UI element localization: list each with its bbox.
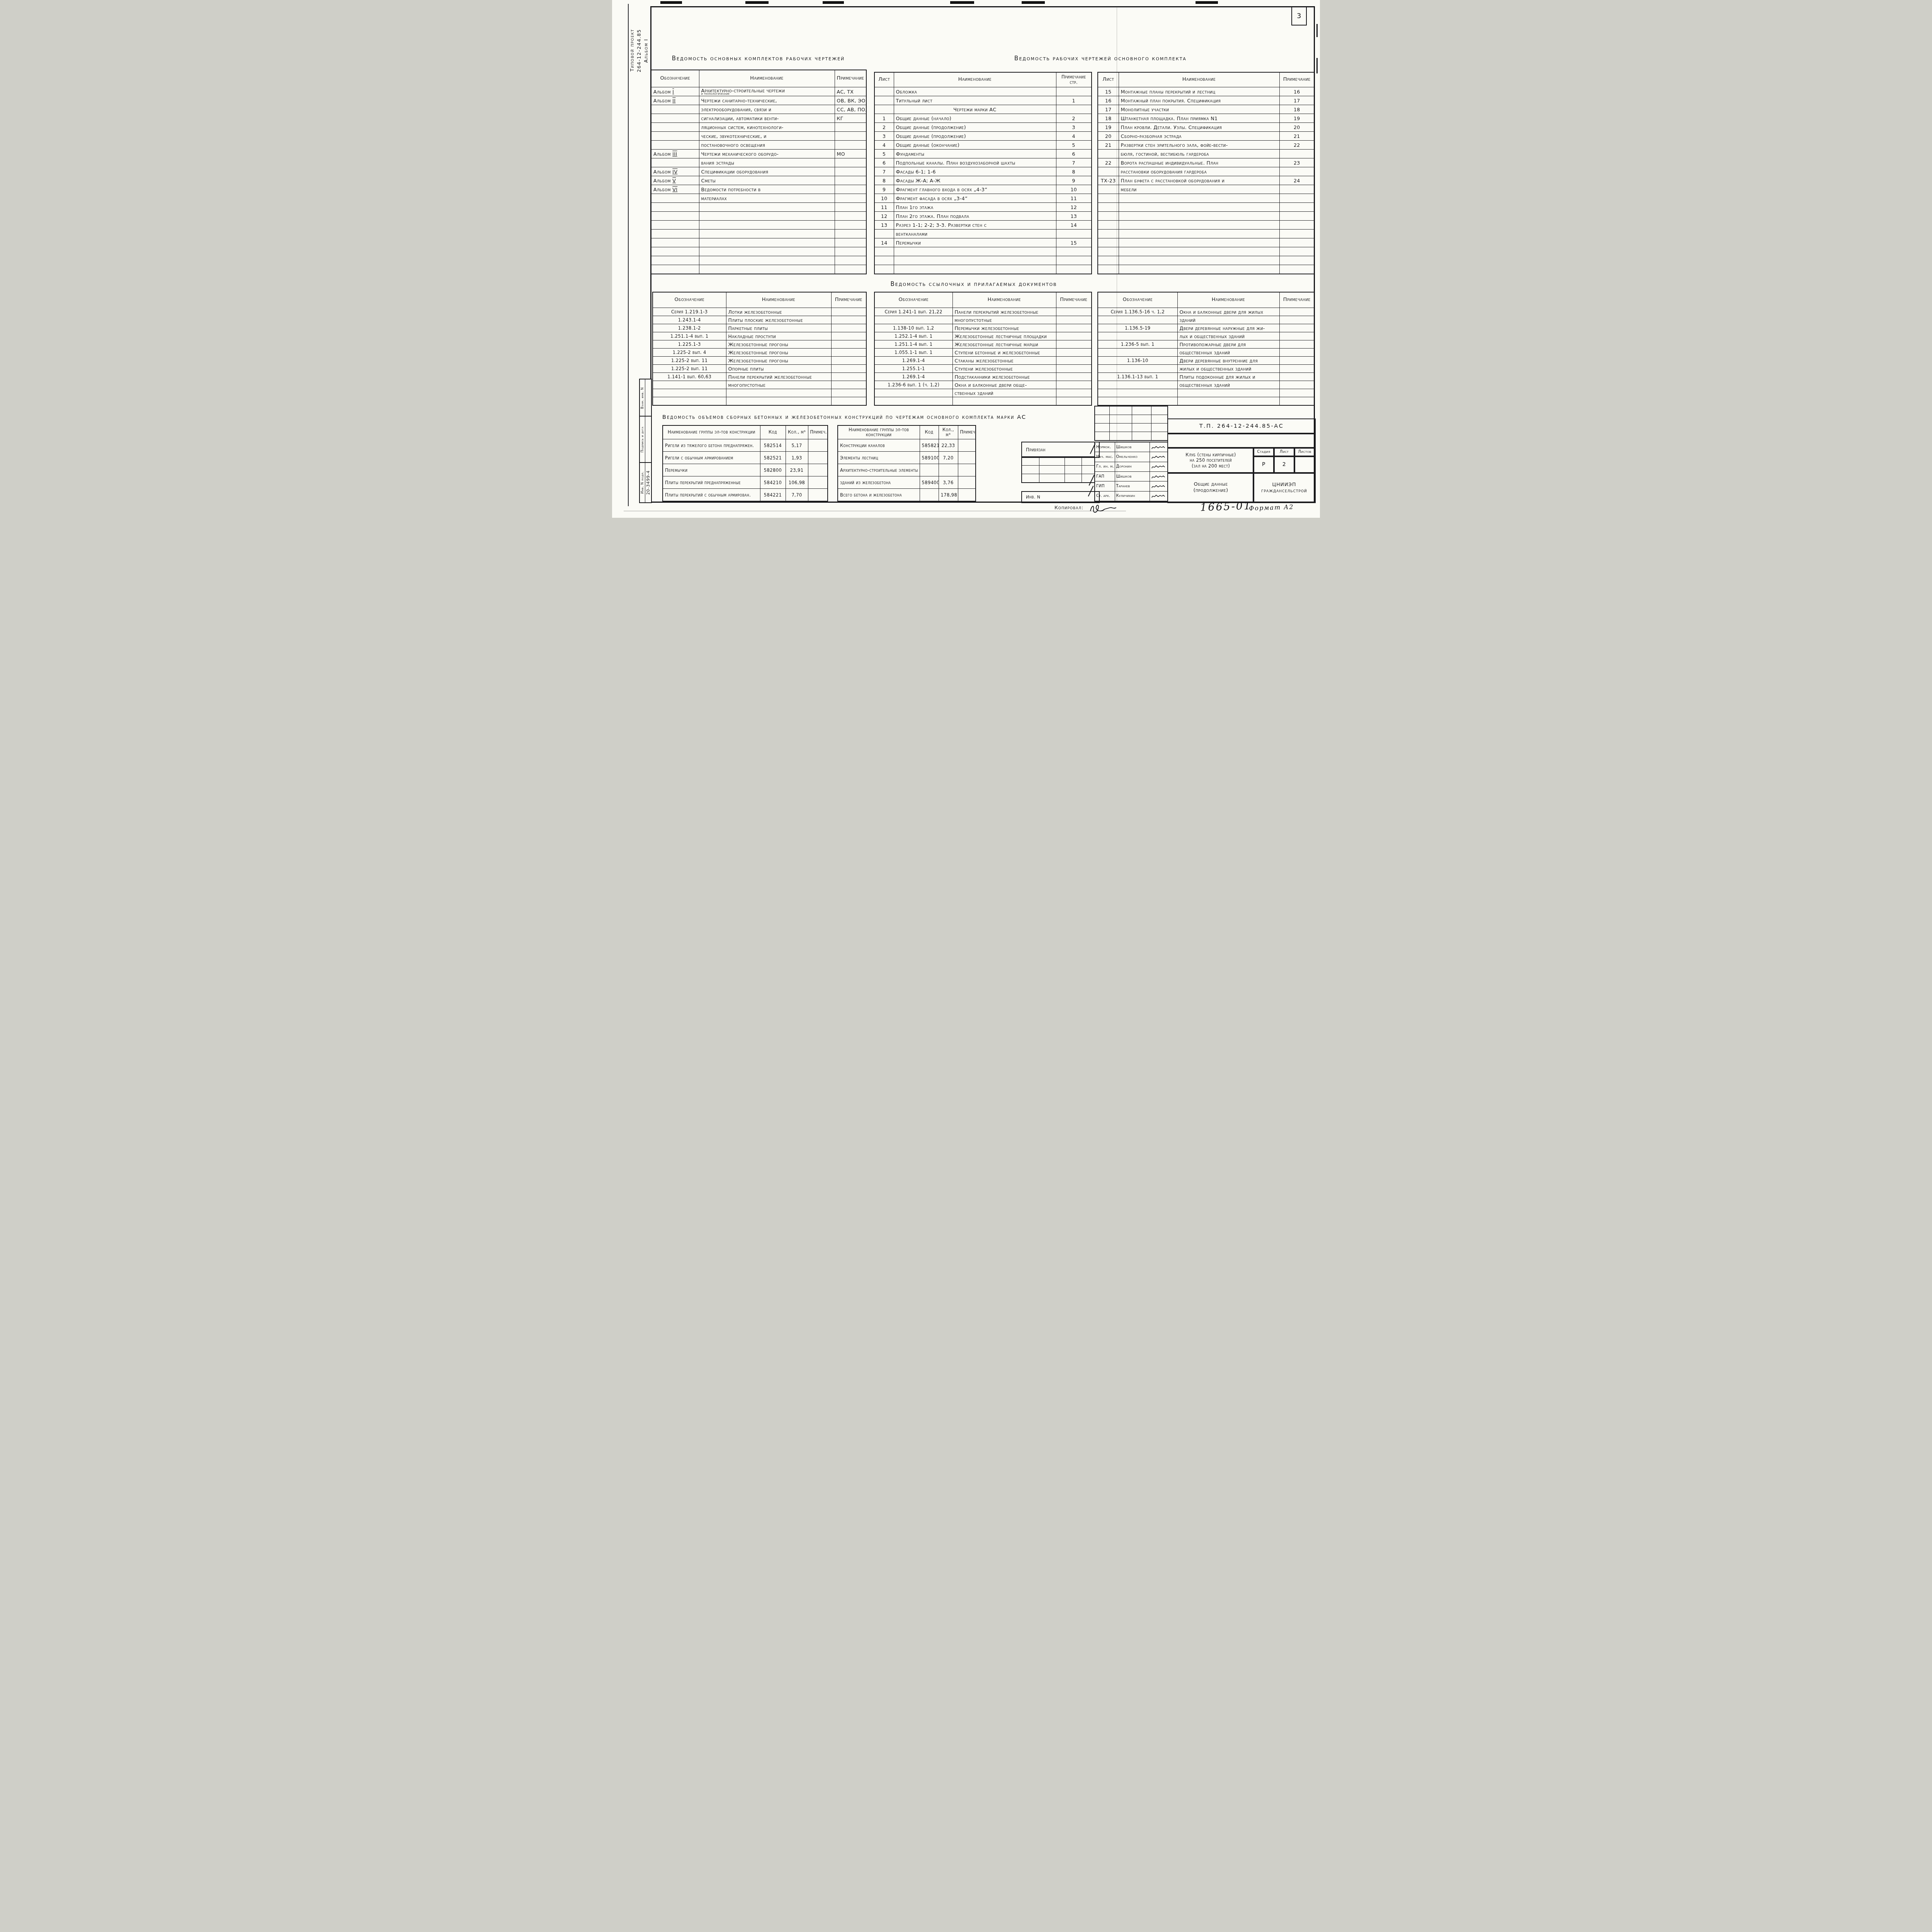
- table-cell: [699, 212, 835, 221]
- table-cell: 13: [1056, 212, 1092, 221]
- table-cell: 3: [874, 132, 894, 141]
- table-cell: 18: [1279, 105, 1315, 114]
- table-cell: 4: [874, 141, 894, 150]
- table-cell: Альбом I: [651, 87, 699, 96]
- table-cell: ческие, звукотехнические, и: [699, 132, 835, 141]
- table-row: 19План кровли. Детали. Узлы. Спецификаци…: [1098, 123, 1315, 132]
- table-row: Альбом VСметы: [651, 176, 866, 185]
- table-cell: 11: [874, 203, 894, 212]
- table-cell: [1279, 167, 1315, 176]
- table-cell: Плиты плоские железобетонные: [726, 316, 831, 324]
- table-cell: [894, 247, 1056, 256]
- table-cell: Подстаканники железобетонные: [952, 373, 1056, 381]
- working-drawings-table-right: ЛистНаименованиеПримечание15Монтажные пл…: [1097, 72, 1315, 274]
- table-cell: [1056, 349, 1092, 357]
- table-cell: [920, 489, 939, 502]
- table-row: Серия 1.136.5-16 ч. 1,2Окна и балконные …: [1098, 308, 1315, 316]
- table-cell: [835, 158, 866, 167]
- table-cell: 582514: [760, 439, 786, 452]
- table-cell: 1.238.1-2: [653, 324, 726, 332]
- table-cell: Общие данные (продолжение): [894, 123, 1056, 132]
- table-cell: бюля, гостиной, вестибюль гардероба: [1119, 150, 1279, 158]
- signature-scribble: [1151, 474, 1166, 480]
- references-table-middle: ОбозначениеНаименованиеПримечаниеСерия 1…: [874, 292, 1092, 406]
- table-cell: [651, 158, 699, 167]
- table-cell: [831, 389, 866, 397]
- table-cell: Альбом III: [651, 150, 699, 158]
- column-header: Примечание: [1279, 72, 1315, 87]
- document-designation-cell: Т.П. 264-12-244.85-АС: [1167, 418, 1316, 434]
- table-cell: 9: [1056, 176, 1092, 185]
- table-cell: [808, 476, 828, 489]
- stamp-label-cell: Подпись и дата: [640, 417, 645, 463]
- table-cell: [651, 265, 699, 274]
- table-cell: 6: [874, 158, 894, 167]
- column-header: Наименование: [1177, 292, 1279, 308]
- table-cell: Двери деревянные внутренние для: [1177, 357, 1279, 365]
- table-cell: [808, 464, 828, 476]
- table-cell: [831, 324, 866, 332]
- table-row: 1.225-2 вып. 11Железобетонные прогоны: [653, 357, 866, 365]
- table-cell: [1098, 316, 1177, 324]
- table-cell: Серия 1.219.1-3: [653, 308, 726, 316]
- table-cell: План буфета с расстановкой оборудования …: [1119, 176, 1279, 185]
- header-row: ОбозначениеНаименованиеПримечание: [653, 292, 866, 308]
- table-cell: 22,33: [939, 439, 958, 452]
- table-cell: [1098, 167, 1119, 176]
- column-header: Наименование: [1119, 72, 1279, 87]
- table-row: [874, 256, 1092, 265]
- table-cell: [651, 194, 699, 203]
- table-cell: [835, 123, 866, 132]
- table-row: [1098, 247, 1315, 256]
- table-cell: [1279, 265, 1315, 274]
- table-cell: [1279, 185, 1315, 194]
- table-cell: Сметы: [699, 176, 835, 185]
- column-header: Наименование: [699, 70, 835, 87]
- table-cell: [1119, 203, 1279, 212]
- table-cell: [1098, 332, 1177, 340]
- table-cell: [1279, 389, 1315, 397]
- table-cell: [920, 464, 939, 476]
- table-row: [651, 256, 866, 265]
- signature-cell: [1150, 481, 1168, 491]
- table-cell: [1098, 221, 1119, 230]
- table-row: 3Общие данные (продолжение)4: [874, 132, 1092, 141]
- table-cell: [958, 452, 976, 464]
- table-cell: [874, 230, 894, 238]
- table-cell: [653, 381, 726, 389]
- table-cell: 1.136.5-19: [1098, 324, 1177, 332]
- registration-mark: [950, 1, 974, 4]
- table-cell: 1: [874, 114, 894, 123]
- table-cell: 3: [1056, 123, 1092, 132]
- title-working-drawings: Ведомость рабочих чертежей основного ком…: [1000, 55, 1201, 62]
- table-row: Альбом IIЧертежи санитарно-технические,О…: [651, 96, 866, 105]
- table-cell: [699, 238, 835, 247]
- table-cell: [808, 452, 828, 464]
- table-row: 1.269.1-4Подстаканники железобетонные: [874, 373, 1092, 381]
- table-row: [1098, 212, 1315, 221]
- table-cell: 24: [1279, 176, 1315, 185]
- table-row: Конструкции каналов58582122,33: [838, 439, 976, 452]
- table-row: [1098, 265, 1315, 274]
- table-cell: 5,17: [786, 439, 808, 452]
- table-cell: Железобетонные прогоны: [726, 357, 831, 365]
- signature-row: Ст. арх.Куличихин: [1095, 491, 1168, 501]
- signature-scribble: [1151, 444, 1166, 450]
- table-cell: [1279, 332, 1315, 340]
- table-cell: Общие данные (начало): [894, 114, 1056, 123]
- stamp-box-signature-date: Подпись и дата: [639, 416, 652, 464]
- table-row: 1.238.1-2Паркетные плиты: [653, 324, 866, 332]
- column-header: Код: [920, 425, 939, 439]
- table-cell: [1056, 365, 1092, 373]
- table-row: 1.225-2 вып. 4Железобетонные прогоны: [653, 349, 866, 357]
- grid-row: [1022, 466, 1095, 474]
- stamp-replacement-label: Взам. инв. N: [641, 387, 645, 409]
- table-row: Ригели с обычным армированием5825211,93: [663, 452, 828, 464]
- table-row: 10Фрагмент фасада в осях „3-4”11: [874, 194, 1092, 203]
- signature-role: ГАП: [1095, 471, 1115, 481]
- sheet-value: 2: [1282, 461, 1286, 468]
- header-row: ОбозначениеНаименованиеПримечание: [651, 70, 866, 87]
- inv-label: Инв. N: [1026, 495, 1040, 500]
- inventory-code: 20-3499-4: [646, 470, 651, 495]
- table-cell: [1056, 357, 1092, 365]
- table-cell: Общие данные (продолжение): [894, 132, 1056, 141]
- table-cell: Ведомости потребности в: [699, 185, 835, 194]
- table-cell: [1279, 324, 1315, 332]
- table-cell: Железобетонные прогоны: [726, 340, 831, 349]
- signature-name: Омельченко: [1115, 452, 1150, 462]
- signature-cell: [1150, 452, 1168, 462]
- table-cell: 6: [1056, 150, 1092, 158]
- table-cell: [952, 397, 1056, 406]
- stamp-label-cell: Взам. инв. N: [640, 379, 645, 417]
- table-cell: [1119, 221, 1279, 230]
- table-cell: Подпольные каналы. План воздухозаборной …: [894, 158, 1056, 167]
- table-cell: [653, 389, 726, 397]
- table-row: ляционных систем, кинотехнологи-: [651, 123, 866, 132]
- title-main-sets: Ведомость основных комплектов рабочих че…: [651, 55, 866, 62]
- table-cell: Чертежи марки АС: [894, 105, 1056, 114]
- table-cell: [699, 247, 835, 256]
- signature-name: Таранев: [1115, 481, 1150, 491]
- table-cell: Сборно-разборная эстрада: [1119, 132, 1279, 141]
- volumes-table-right: Наименование группы эл-тов конструкцииКо…: [837, 425, 976, 502]
- table-cell: СС, АВ, ПО,: [835, 105, 866, 114]
- table-cell: [1056, 316, 1092, 324]
- table-cell: ОВ, ВК, ЭО,: [835, 96, 866, 105]
- grid-row: [1095, 432, 1168, 441]
- table-cell: 1.225-2 вып. 11: [653, 365, 726, 373]
- roman-numeral: VI: [672, 187, 677, 192]
- title-references: Ведомость ссылочных и прилагаемых докуме…: [873, 281, 1074, 287]
- table-cell: [874, 265, 894, 274]
- table-cell: [1279, 316, 1315, 324]
- table-cell: [874, 389, 952, 397]
- table-row: 14Перемычки15: [874, 238, 1092, 247]
- column-header: Обозначение: [874, 292, 952, 308]
- drawing-sheet: 3 Типовой проект 264-12-244.85 Альбом I …: [612, 0, 1320, 518]
- column-header: Примечание: [835, 70, 866, 87]
- table-cell: 18: [1098, 114, 1119, 123]
- table-row: электрооборудования, связи иСС, АВ, ПО,: [651, 105, 866, 114]
- table-cell: [1098, 247, 1119, 256]
- table-cell: [1098, 230, 1119, 238]
- table-cell: многопустотные: [952, 316, 1056, 324]
- edge-tick: [1316, 24, 1318, 37]
- signature-scribble: [1151, 464, 1166, 469]
- table-cell: общественных зданий: [1177, 381, 1279, 389]
- table-cell: Развертки стен зрительного зала, фойе-ве…: [1119, 141, 1279, 150]
- column-header: Кол., м³: [939, 425, 958, 439]
- table-cell: Плиты подоконные для жилых и: [1177, 373, 1279, 381]
- table-row: Плиты перекрытий с обычным армирован.584…: [663, 489, 828, 502]
- table-row: 7Фасады 6-1; 1-68: [874, 167, 1092, 176]
- table-cell: Плиты перекрытий с обычным армирован.: [663, 489, 760, 502]
- table-row: Альбом IVСпецификации оборудования: [651, 167, 866, 176]
- table-cell: 1.251.1-4 вып. 1: [653, 332, 726, 340]
- table-cell: 21: [1098, 141, 1119, 150]
- table-row: 1.251.1-4 вып. 1Накладные проступи: [653, 332, 866, 340]
- table-cell: [831, 349, 866, 357]
- signature-row: Гл. ин. м.Доронин: [1095, 462, 1168, 471]
- table-cell: [874, 105, 894, 114]
- table-cell: [651, 247, 699, 256]
- table-cell: Фундаменты: [894, 150, 1056, 158]
- column-header: Наименование: [952, 292, 1056, 308]
- table-cell: МО: [835, 150, 866, 158]
- table-row: 8Фасады Ж-А; А-Ж9: [874, 176, 1092, 185]
- signature-scribble: [1151, 483, 1166, 489]
- table-row: 17Монолитные участки18: [1098, 105, 1315, 114]
- table-cell: [808, 439, 828, 452]
- table-cell: 1.225-2 вып. 11: [653, 357, 726, 365]
- table-row: ческие, звукотехнические, и: [651, 132, 866, 141]
- table-cell: 7,70: [786, 489, 808, 502]
- table-cell: [1279, 373, 1315, 381]
- table-cell: [1119, 256, 1279, 265]
- table-cell: лых и общественных зданий: [1177, 332, 1279, 340]
- table-row: [1098, 256, 1315, 265]
- signature-row: Нач. мас.Омельченко: [1095, 452, 1168, 462]
- table-cell: 22: [1279, 141, 1315, 150]
- copied-label: Копировал:: [1054, 505, 1083, 510]
- table-cell: Штанкетная площадка. План приямка N1: [1119, 114, 1279, 123]
- table-cell: 21: [1279, 132, 1315, 141]
- table-cell: вания эстрады: [699, 158, 835, 167]
- table-cell: 106,98: [786, 476, 808, 489]
- table-cell: [1279, 230, 1315, 238]
- table-cell: 19: [1279, 114, 1315, 123]
- table-cell: [808, 489, 828, 502]
- table-cell: Альбом V: [651, 176, 699, 185]
- table-cell: ственных зданий: [952, 389, 1056, 397]
- table-cell: [958, 439, 976, 452]
- table-cell: [1279, 238, 1315, 247]
- column-header: Наименование: [726, 292, 831, 308]
- signature-role: Ст. арх.: [1095, 491, 1115, 501]
- table-row: Элементы лестниц5891007,20: [838, 452, 976, 464]
- table-cell: Фрагмент главного входа в осях „4-3”: [894, 185, 1056, 194]
- table-cell: [835, 185, 866, 194]
- table-cell: Железобетонные прогоны: [726, 349, 831, 357]
- column-header: Примеч.: [958, 425, 976, 439]
- table-cell: [874, 247, 894, 256]
- table-row: [1098, 221, 1315, 230]
- table-row: 1.141-1 вып. 60,63Панели перекрытий желе…: [653, 373, 866, 381]
- margin-project-code: 264-12-244.85: [636, 29, 642, 72]
- table-row: 21Развертки стен зрительного зала, фойе-…: [1098, 141, 1315, 150]
- table-cell: [958, 464, 976, 476]
- table-cell: [1056, 87, 1092, 96]
- footer-doc-code: 1665-01: [1200, 500, 1252, 514]
- table-cell: [699, 230, 835, 238]
- table-row: [651, 203, 866, 212]
- grid-row: [1095, 406, 1168, 415]
- signature-name: Куличихин: [1115, 491, 1150, 501]
- roman-numeral: IV: [672, 169, 677, 175]
- table-row: Ригели из тяжелого бетона преднапряжен.5…: [663, 439, 828, 452]
- table-row: [874, 397, 1092, 406]
- table-cell: [1119, 265, 1279, 274]
- table-cell: [958, 489, 976, 502]
- table-cell: Чертежи механического оборудо-: [699, 150, 835, 158]
- column-header: Примечание: [831, 292, 866, 308]
- organization-name: ЦНИИЭП граждансельстрой: [1261, 481, 1307, 493]
- table-row: общественных зданий: [1098, 349, 1315, 357]
- header-row: ЛистНаименованиеПримечание: [1098, 72, 1315, 87]
- table-cell: [831, 381, 866, 389]
- table-cell: Опорные плиты: [726, 365, 831, 373]
- table-cell: [1279, 340, 1315, 349]
- table-cell: Альбом VI: [651, 185, 699, 194]
- column-header: Примеч.: [808, 425, 828, 439]
- table-cell: 4: [1056, 132, 1092, 141]
- table-row: многопустотные: [874, 316, 1092, 324]
- table-row: Обложка: [874, 87, 1092, 96]
- table-cell: 1.141-1 вып. 60,63: [653, 373, 726, 381]
- table-row: Всего бетона и железобетона178,98: [838, 489, 976, 502]
- table-row: [651, 221, 866, 230]
- table-cell: [874, 256, 894, 265]
- table-row: Архитектурно-строительные элементы: [838, 464, 976, 476]
- registration-mark: [745, 1, 769, 4]
- table-cell: 1.251.1-4 вып. 1: [874, 340, 952, 349]
- table-cell: 12: [1056, 203, 1092, 212]
- table-cell: Ступени железобетонные: [952, 365, 1056, 373]
- signature-row: ГИПТаранев: [1095, 481, 1168, 491]
- table-cell: [1056, 265, 1092, 274]
- table-cell: [651, 230, 699, 238]
- table-cell: [1056, 397, 1092, 406]
- table-row: жилых и общественных зданий: [1098, 365, 1315, 373]
- table-cell: 10: [874, 194, 894, 203]
- table-cell: [1279, 308, 1315, 316]
- signatures-table: Нормок.ШишковНач. мас.ОмельченкоГл. ин. …: [1094, 442, 1168, 502]
- table-cell: постановочного освещения: [699, 141, 835, 150]
- table-row: 5Фундаменты6: [874, 150, 1092, 158]
- sheet-label: Лист: [1280, 450, 1289, 455]
- roman-numeral: III: [672, 151, 677, 157]
- table-cell: 582800: [760, 464, 786, 476]
- references-table-left: ОбозначениеНаименованиеПримечаниеСерия 1…: [652, 292, 867, 406]
- table-cell: 5: [1056, 141, 1092, 150]
- table-cell: [1056, 373, 1092, 381]
- references-table-right: ОбозначениеНаименованиеПримечаниеСерия 1…: [1097, 292, 1315, 406]
- table-row: [651, 230, 866, 238]
- table-cell: 3,76: [939, 476, 958, 489]
- table-cell: Железобетонные лестничные площадки: [952, 332, 1056, 340]
- table-cell: Панели перекрытий железобетонные: [726, 373, 831, 381]
- table-cell: [1279, 256, 1315, 265]
- table-cell: [835, 230, 866, 238]
- revision-grid: [1094, 406, 1168, 441]
- table-cell: 584210: [760, 476, 786, 489]
- table-row: 9Фрагмент главного входа в осях „4-3”10: [874, 185, 1092, 194]
- column-header: Кол., м³: [786, 425, 808, 439]
- table-cell: [1056, 247, 1092, 256]
- table-cell: 178,98: [939, 489, 958, 502]
- table-cell: [726, 397, 831, 406]
- table-cell: 14: [874, 238, 894, 247]
- working-drawings-table-left: ЛистНаименованиеПримечание стр.ОбложкаТи…: [874, 72, 1092, 274]
- table-cell: 582521: [760, 452, 786, 464]
- registration-mark: [1022, 1, 1045, 4]
- table-cell: [726, 389, 831, 397]
- stage-value-cell: Р: [1253, 456, 1275, 474]
- signature-scribble: [1151, 454, 1166, 460]
- table-cell: 1.269.1-4: [874, 373, 952, 381]
- registration-mark: [1196, 1, 1218, 4]
- table-row: [1098, 238, 1315, 247]
- table-cell: [1177, 389, 1279, 397]
- column-header: Обозначение: [653, 292, 726, 308]
- table-row: постановочного освещения: [651, 141, 866, 150]
- table-row: [651, 247, 866, 256]
- table-cell: 12: [874, 212, 894, 221]
- table-cell: Монолитные участки: [1119, 105, 1279, 114]
- signature-role: Гл. ин. м.: [1095, 462, 1115, 471]
- volumes-table-left: Наименование группы эл-тов конструкцииКо…: [662, 425, 828, 502]
- grid-row: [1022, 457, 1095, 466]
- signature-role: Нормок.: [1095, 442, 1115, 452]
- signature-cell: [1150, 442, 1168, 452]
- table-cell: 16: [1098, 96, 1119, 105]
- signature-role: Нач. мас.: [1095, 452, 1115, 462]
- table-cell: Лотки железобетонные: [726, 308, 831, 316]
- table-row: Альбом IIIЧертежи механического оборудо-…: [651, 150, 866, 158]
- table-cell: 1.225-2 вып. 4: [653, 349, 726, 357]
- table-cell: ТХ-23: [1098, 176, 1119, 185]
- table-cell: Альбом II: [651, 96, 699, 105]
- column-header: Лист: [874, 72, 894, 87]
- table-row: 2Общие данные (продолжение)3: [874, 123, 1092, 132]
- table-cell: 8: [874, 176, 894, 185]
- table-cell: 22: [1098, 158, 1119, 167]
- table-cell: [651, 221, 699, 230]
- stage-label: Стадия: [1257, 450, 1270, 455]
- table-cell: 1.269.1-4: [874, 357, 952, 365]
- column-header: Обозначение: [1098, 292, 1177, 308]
- table-cell: [1056, 381, 1092, 389]
- project-name: Клуб (стены кирпичные) на 250 посетителе…: [1185, 452, 1236, 469]
- table-cell: [1279, 349, 1315, 357]
- table-cell: общественных зданий: [1177, 349, 1279, 357]
- table-cell: Перемычки железобетонные: [952, 324, 1056, 332]
